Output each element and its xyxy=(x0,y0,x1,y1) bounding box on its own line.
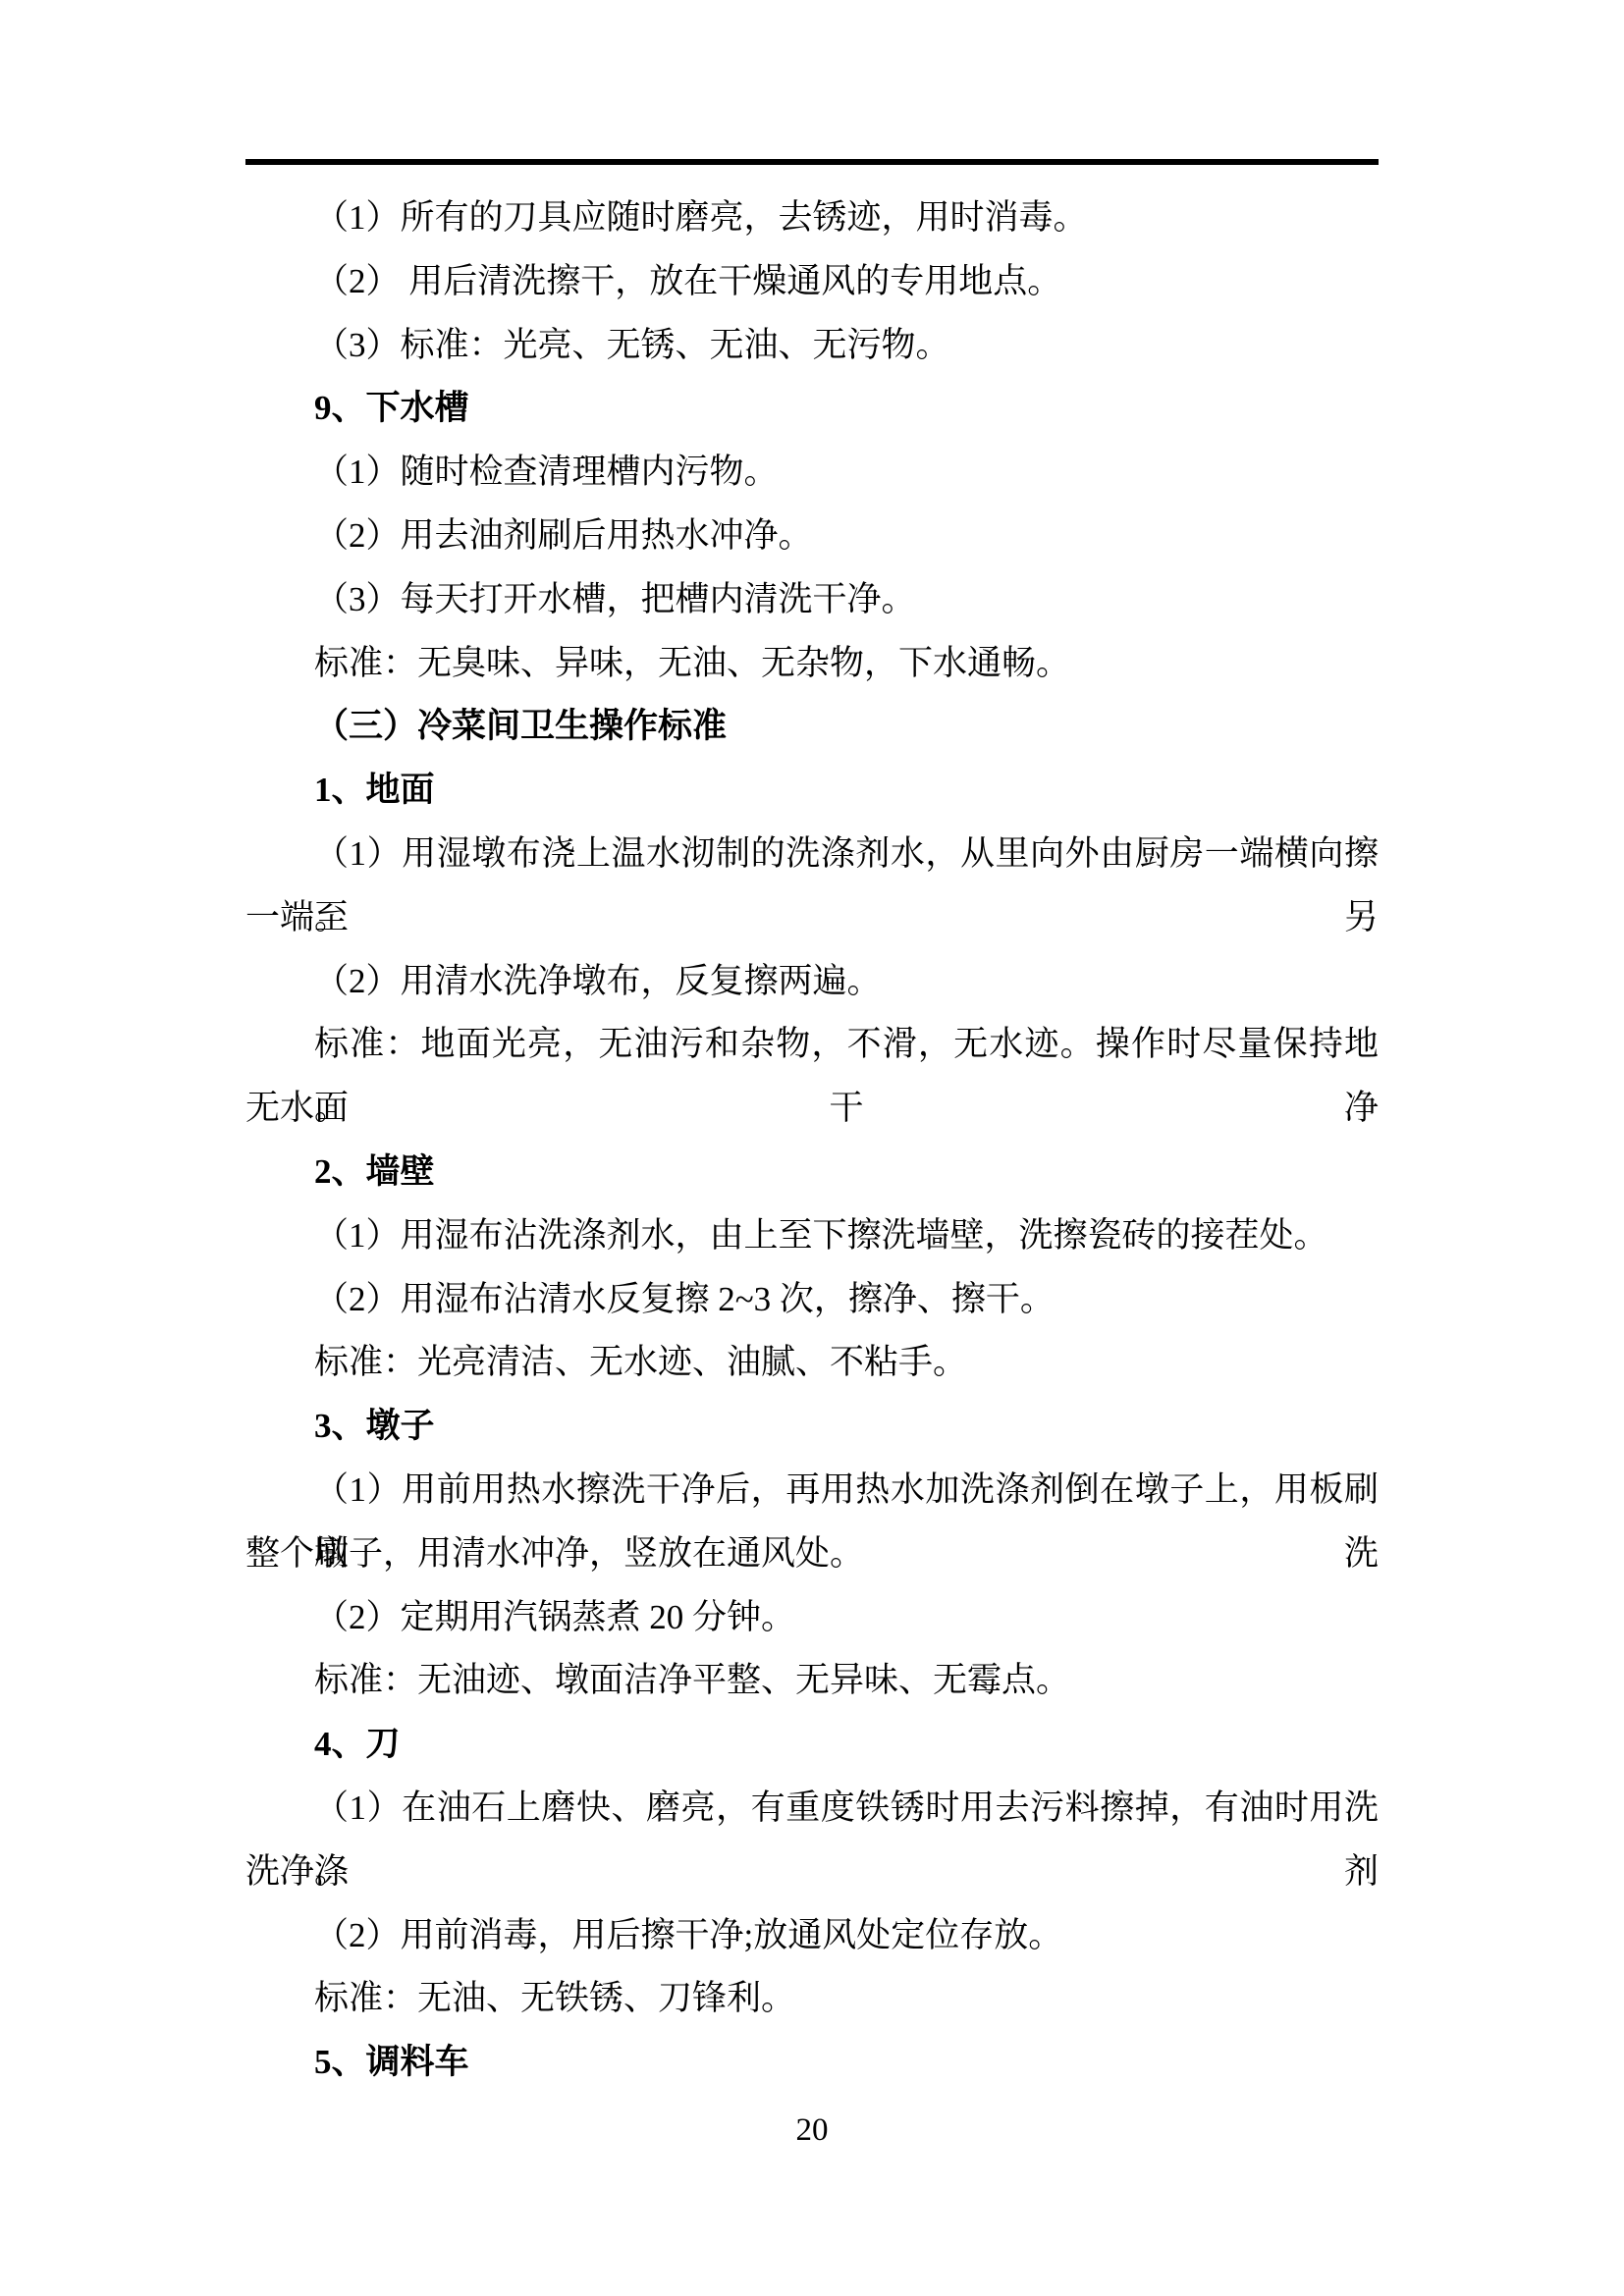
list-item-line: （2）用清水洗净墩布，反复擦两遍。 xyxy=(245,950,1379,1014)
page-number: 20 xyxy=(0,2099,1624,2163)
list-item-line: 标准：无油、无铁锈、刀锋利。 xyxy=(245,1967,1379,2031)
list-item-line: 标准：地面光亮，无油污和杂物，不滑，无水迹。操作时尽量保持地面干净 xyxy=(245,1013,1379,1077)
document-page: （1）所有的刀具应随时磨亮，去锈迹，用时消毒。（2） 用后清洗擦干，放在干燥通风… xyxy=(0,0,1624,2296)
list-item-line: （1）在油石上磨快、磨亮，有重度铁锈时用去污料擦掉，有油时用洗涤剂 xyxy=(245,1777,1379,1841)
list-item-line: （1）用湿墩布浇上温水沏制的洗涤剂水，从里向外由厨房一端横向擦至另 xyxy=(245,823,1379,886)
list-item-line: （2）用湿布沾清水反复擦 2~3 次，擦净、擦干。 xyxy=(245,1268,1379,1332)
list-item-line: （1）所有的刀具应随时磨亮，去锈迹，用时消毒。 xyxy=(245,187,1379,250)
list-item-line: （3）标准：光亮、无锈、无油、无污物。 xyxy=(245,314,1379,378)
section-heading: 5、调料车 xyxy=(245,2031,1379,2095)
document-body: （1）所有的刀具应随时磨亮，去锈迹，用时消毒。（2） 用后清洗擦干，放在干燥通风… xyxy=(245,187,1379,2095)
list-item-line: 标准：无臭味、异味，无油、无杂物，下水通畅。 xyxy=(245,632,1379,696)
list-item-line: （1）用湿布沾洗涤剂水，由上至下擦洗墙壁，洗擦瓷砖的接茬处。 xyxy=(245,1204,1379,1268)
list-item-line: 标准：光亮清洁、无水迹、油腻、不粘手。 xyxy=(245,1331,1379,1395)
list-item-line: （2）用前消毒，用后擦干净;放通风处定位存放。 xyxy=(245,1904,1379,1968)
list-item-line: 标准：无油迹、墩面洁净平整、无异味、无霉点。 xyxy=(245,1649,1379,1713)
section-heading: 1、地面 xyxy=(245,759,1379,823)
section-heading: 4、刀 xyxy=(245,1713,1379,1777)
list-item-line: （1）用前用热水擦洗干净后，再用热水加洗涤剂倒在墩子上，用板刷刷洗 xyxy=(245,1459,1379,1522)
section-heading: （三）冷菜间卫生操作标准 xyxy=(245,695,1379,759)
list-item-line: （3）每天打开水槽，把槽内清洗干净。 xyxy=(245,568,1379,632)
list-item-line: （2） 用后清洗擦干，放在干燥通风的专用地点。 xyxy=(245,250,1379,314)
section-heading: 2、墙壁 xyxy=(245,1141,1379,1204)
page-number-text: 20 xyxy=(796,2112,829,2148)
list-item-line: （2）用去油剂刷后用热水冲净。 xyxy=(245,505,1379,568)
header-rule xyxy=(245,159,1379,165)
section-heading: 3、墩子 xyxy=(245,1395,1379,1459)
list-item-line: （2）定期用汽锅蒸煮 20 分钟。 xyxy=(245,1586,1379,1650)
list-item-line: （1）随时检查清理槽内污物。 xyxy=(245,441,1379,505)
section-heading: 9、下水槽 xyxy=(245,377,1379,441)
